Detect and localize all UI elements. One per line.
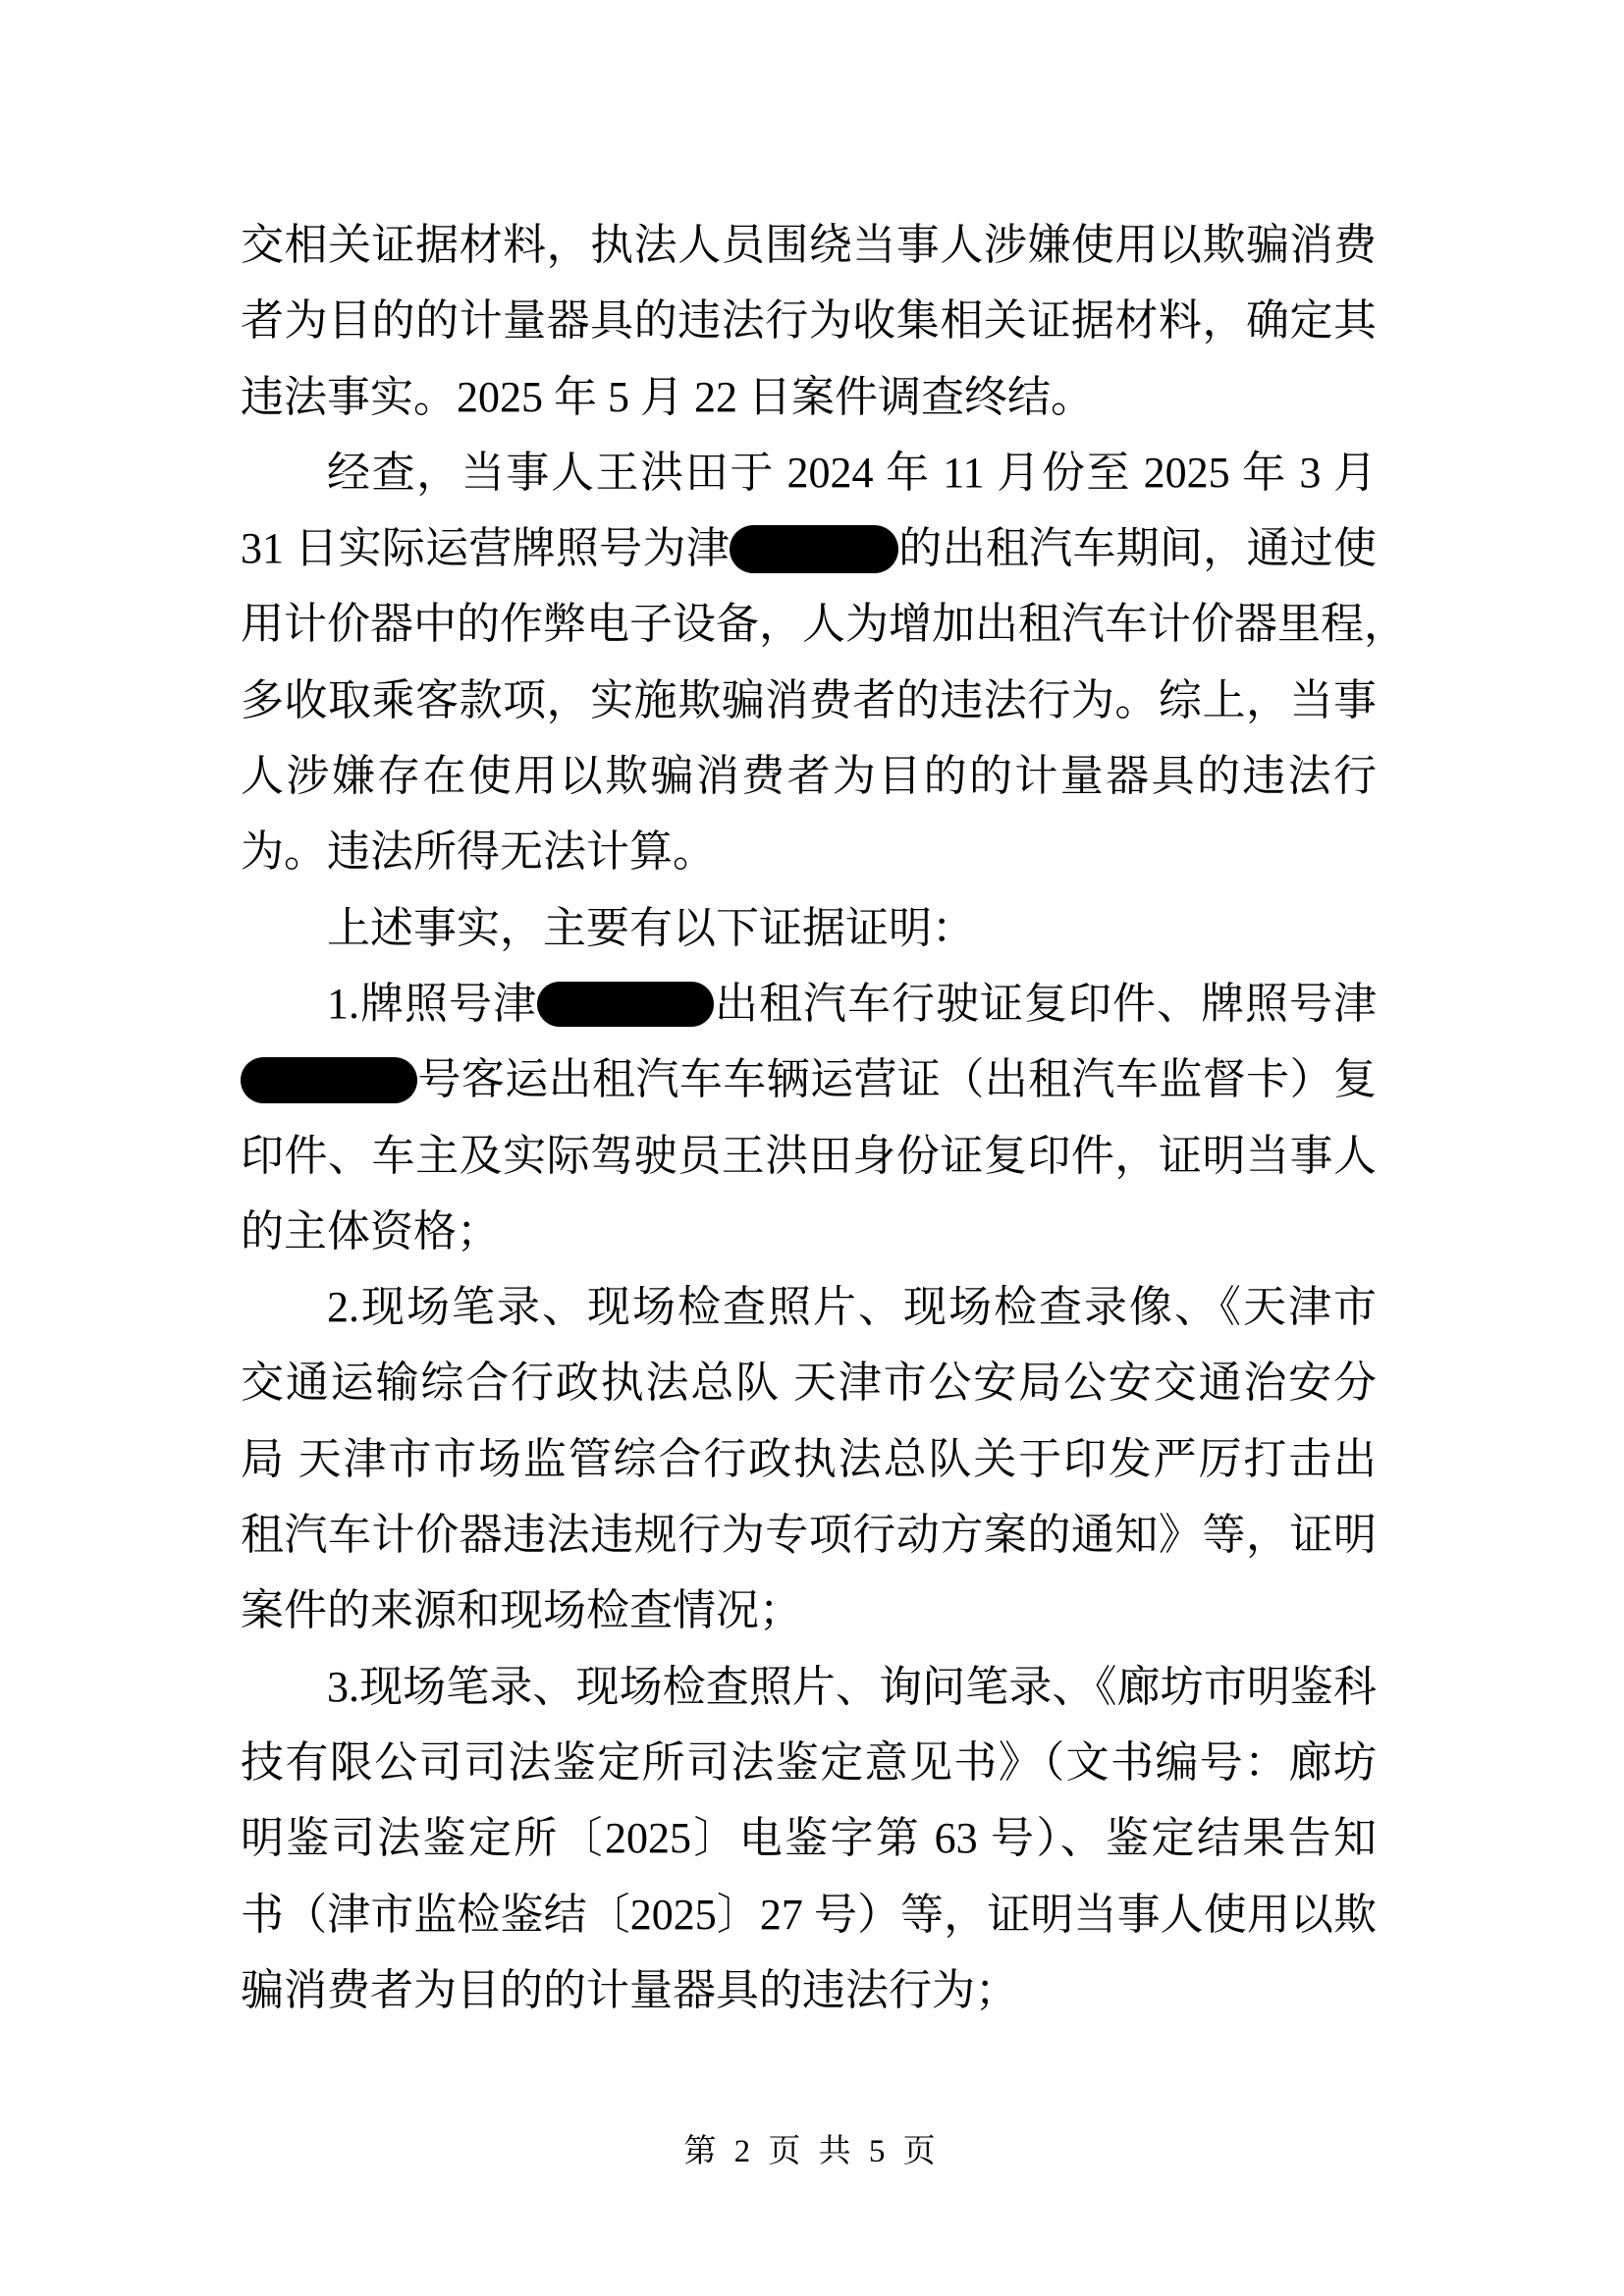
text-segment: 违法事实。2025 年 5 月 22 日案件调查终结。 — [241, 373, 1094, 421]
text-segment: 号客运出租汽车车辆运营证（出租汽车监督卡）复 — [417, 1055, 1377, 1103]
text-line: 人涉嫌存在使用以欺骗消费者为目的的计量器具的违法行 — [241, 738, 1377, 814]
text-line: 多收取乘客款项，实施欺骗消费者的违法行为。综上，当事 — [241, 663, 1377, 738]
text-segment: 多收取乘客款项，实施欺骗消费者的违法行为。综上，当事 — [241, 676, 1377, 724]
text-segment: 书（津市监检鉴结〔2025〕27 号）等，证明当事人使用以欺 — [241, 1891, 1377, 1939]
redaction-box — [241, 1057, 417, 1103]
text-segment: 骗消费者为目的的计量器具的违法行为； — [241, 1966, 1018, 2014]
text-segment: 印件、车主及实际驾驶员王洪田身份证复印件，证明当事人 — [241, 1132, 1377, 1180]
text-segment: 人涉嫌存在使用以欺骗消费者为目的的计量器具的违法行 — [241, 752, 1377, 800]
text-segment: 为。违法所得无法计算。 — [241, 828, 716, 876]
text-line: 31 日实际运营牌照号为津的出租汽车期间，通过使 — [241, 510, 1377, 586]
text-line: 2.现场笔录、现场检查照片、现场检查录像、《天津市 — [241, 1269, 1377, 1345]
text-line: 骗消费者为目的的计量器具的违法行为； — [241, 1952, 1377, 2028]
text-line: 经查，当事人王洪田于 2024 年 11 月份至 2025 年 3 月 — [241, 435, 1377, 510]
page-number-footer: 第 2 页 共 5 页 — [0, 2130, 1624, 2173]
text-segment: 者为目的的计量器具的违法行为收集相关证据材料，确定其 — [241, 296, 1377, 345]
document-body: 交相关证据材料，执法人员围绕当事人涉嫌使用以欺骗消费者为目的的计量器具的违法行为… — [241, 207, 1377, 2028]
document-page: 交相关证据材料，执法人员围绕当事人涉嫌使用以欺骗消费者为目的的计量器具的违法行为… — [0, 0, 1624, 2296]
text-line: 的主体资格； — [241, 1194, 1377, 1269]
text-line: 局 天津市市场监管综合行政执法总队关于印发严厉打击出 — [241, 1421, 1377, 1497]
text-line: 明鉴司法鉴定所〔2025〕电鉴字第 63 号）、鉴定结果告知 — [241, 1800, 1377, 1876]
text-line: 技有限公司司法鉴定所司法鉴定意见书》（文书编号：廊坊 — [241, 1725, 1377, 1800]
text-line: 用计价器中的作弊电子设备，人为增加出租汽车计价器里程， — [241, 586, 1377, 662]
text-line: 号客运出租汽车车辆运营证（出租汽车监督卡）复 — [241, 1041, 1377, 1117]
redaction-box — [537, 982, 714, 1027]
text-line: 为。违法所得无法计算。 — [241, 814, 1377, 889]
text-line: 交通运输综合行政执法总队 天津市公安局公安交通治安分 — [241, 1345, 1377, 1420]
text-segment: 交通运输综合行政执法总队 天津市公安局公安交通治安分 — [241, 1359, 1377, 1407]
text-line: 案件的来源和现场检查情况； — [241, 1573, 1377, 1648]
text-line: 租汽车计价器违法违规行为专项行动方案的通知》等，证明 — [241, 1497, 1377, 1573]
text-segment: 交相关证据材料，执法人员围绕当事人涉嫌使用以欺骗消费 — [241, 221, 1377, 269]
text-segment: 案件的来源和现场检查情况； — [241, 1586, 802, 1634]
redaction-box — [730, 525, 898, 573]
text-segment: 技有限公司司法鉴定所司法鉴定意见书》（文书编号：廊坊 — [241, 1738, 1377, 1787]
text-line: 印件、车主及实际驾驶员王洪田身份证复印件，证明当事人 — [241, 1118, 1377, 1194]
text-segment: 局 天津市市场监管综合行政执法总队关于印发严厉打击出 — [241, 1435, 1377, 1483]
text-segment: 1.牌照号津 — [327, 980, 537, 1028]
text-segment: 明鉴司法鉴定所〔2025〕电鉴字第 63 号）、鉴定结果告知 — [241, 1814, 1377, 1862]
text-segment: 的主体资格； — [241, 1207, 500, 1255]
text-segment: 出租汽车行驶证复印件、牌照号津 — [714, 980, 1377, 1028]
text-line: 3.现场笔录、现场检查照片、询问笔录、《廊坊市明鉴科 — [241, 1649, 1377, 1725]
text-line: 1.牌照号津出租汽车行驶证复印件、牌照号津 — [241, 966, 1377, 1041]
text-segment: 3.现场笔录、现场检查照片、询问笔录、《廊坊市明鉴科 — [327, 1663, 1377, 1711]
text-segment: 经查，当事人王洪田于 2024 年 11 月份至 2025 年 3 月 — [327, 449, 1377, 497]
text-line: 交相关证据材料，执法人员围绕当事人涉嫌使用以欺骗消费 — [241, 207, 1377, 283]
text-segment: 31 日实际运营牌照号为津 — [241, 524, 730, 572]
text-segment: 上述事实，主要有以下证据证明： — [327, 904, 975, 952]
text-line: 者为目的的计量器具的违法行为收集相关证据材料，确定其 — [241, 283, 1377, 358]
text-segment: 用计价器中的作弊电子设备，人为增加出租汽车计价器里程， — [241, 600, 1377, 648]
text-line: 上述事实，主要有以下证据证明： — [241, 890, 1377, 966]
text-segment: 租汽车计价器违法违规行为专项行动方案的通知》等，证明 — [241, 1511, 1377, 1559]
text-segment: 的出租汽车期间，通过使 — [898, 524, 1377, 572]
text-segment: 2.现场笔录、现场检查照片、现场检查录像、《天津市 — [327, 1283, 1377, 1331]
text-line: 书（津市监检鉴结〔2025〕27 号）等，证明当事人使用以欺 — [241, 1877, 1377, 1952]
text-line: 违法事实。2025 年 5 月 22 日案件调查终结。 — [241, 359, 1377, 435]
